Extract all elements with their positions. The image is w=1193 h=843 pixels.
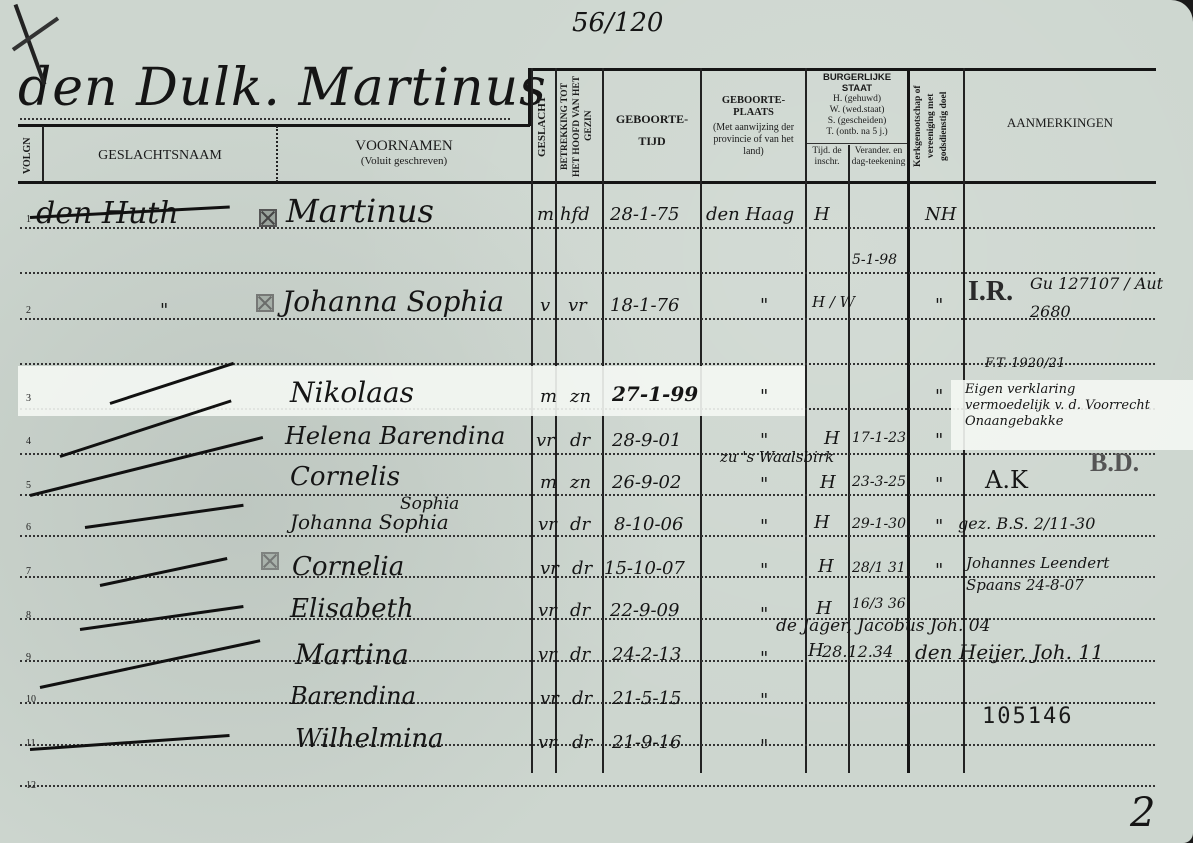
header-top-line-right [528, 68, 1156, 71]
civil-status: H [818, 556, 834, 577]
sex: vr [538, 514, 557, 535]
civil-status: H [814, 204, 830, 225]
col-sep-geboorteplaats [805, 68, 807, 773]
first-names: Johanna Sophia [282, 285, 504, 318]
relation: dr [570, 600, 590, 621]
relation: vr [568, 295, 587, 316]
civil-status-date: 28.12.34 [822, 642, 893, 661]
birth-place: " [760, 474, 768, 495]
page-marker: 2 [1130, 790, 1155, 836]
header-burgerlijke-staat: BURGERLIJKE STAAT H. (gehuwd) W. (wed.st… [807, 72, 907, 138]
birth-date: 24-2-13 [612, 644, 681, 665]
row-number: 6 [26, 522, 31, 533]
birth-date: 21-5-15 [612, 688, 681, 709]
col-sep-geboortetijd [700, 68, 702, 773]
civil-status-date: 23-3-25 [852, 474, 906, 490]
header-kerkgenootschap: Kerkgenootschap of vereeniging met godsd… [912, 72, 960, 180]
civil-status: H [814, 512, 830, 533]
birth-place: " [760, 736, 768, 757]
header-bs-title: BURGERLIJKE STAAT [807, 72, 907, 94]
row-number: 12 [26, 780, 36, 791]
row-number: 2 [26, 305, 31, 316]
first-names: Martina [295, 638, 409, 671]
civil-status: H [824, 428, 840, 449]
header-bs-h: H. (gehuwd) [807, 94, 907, 105]
birth-date: 18-1-76 [610, 295, 679, 316]
header-bs-verander: Verander. en dag-teekening [850, 146, 907, 168]
civil-status-date: 28/1 31 [852, 560, 906, 576]
header-top-line-left [18, 124, 530, 127]
ft-note: F.T. 1920/21 [985, 356, 1065, 371]
first-names: Helena Barendina [285, 422, 505, 450]
sex: vr [540, 688, 559, 709]
first-names: Cornelis [290, 462, 400, 492]
checkbox-marked-icon [256, 294, 274, 312]
header-voornamen-label: VOORNAMEN [278, 138, 530, 155]
birth-place: " [760, 386, 768, 407]
sex: m [540, 472, 557, 493]
sex: vr [540, 558, 559, 579]
row-number: 9 [26, 652, 31, 663]
header-geboorteplaats-line1: GEBOORTE- [702, 95, 805, 107]
civil-status-date: 29-1-30 [852, 516, 906, 532]
civil-status-date: 16/3 36 [852, 596, 906, 612]
church: " [935, 560, 943, 581]
relation: dr [572, 732, 592, 753]
row-number: 10 [26, 694, 36, 705]
church: " [935, 295, 943, 316]
sex: vr [536, 430, 555, 451]
header-bs-w: W. (wed.staat) [807, 105, 907, 116]
row-number: 8 [26, 610, 31, 621]
header-voornamen: VOORNAMEN (Voluit geschreven) [278, 138, 530, 167]
birth-date: 15-10-07 [604, 558, 685, 579]
row-number: 5 [26, 480, 31, 491]
sex: vr [538, 600, 557, 621]
remarks: Johannes Leendert Spaans 24-8-07 [966, 552, 1156, 596]
header-bs-s: S. (gescheiden) [807, 116, 907, 127]
birth-place: " [760, 516, 768, 537]
strikethrough [85, 504, 244, 529]
header-geboortetijd-line1: GEBOORTE- [604, 108, 700, 130]
header-bs-t: T. (ontb. na 5 j.) [807, 127, 907, 138]
header-voornamen-sub: (Voluit geschreven) [278, 155, 530, 167]
birth-date: 8-10-06 [614, 514, 683, 535]
birth-place: " [760, 560, 768, 581]
civil-status: H / W [812, 293, 855, 311]
strikethrough [100, 557, 228, 587]
col-sep-geslacht [555, 68, 557, 773]
civil-status: H [820, 472, 836, 493]
church: " [935, 430, 943, 451]
birth-date: 21-9-16 [612, 732, 681, 753]
birth-place: " [760, 295, 768, 316]
remarks: de Jager, Jacobus Joh. 04 [776, 616, 990, 636]
surname: " [160, 300, 168, 321]
header-geslachtsnaam: GESLACHTSNAAM [44, 148, 276, 164]
relation: hfd [560, 204, 590, 225]
sex: m [540, 386, 557, 407]
corner-cross-mark [8, 2, 68, 72]
header-geboortetijd-line2: TIJD [604, 130, 700, 152]
sex: v [540, 295, 550, 316]
strikethrough [30, 436, 264, 497]
church: " [935, 386, 943, 407]
birth-place: " [760, 604, 768, 625]
birth-date: 27-1-99 [612, 382, 698, 406]
stamp-bd: B.D. [1090, 448, 1139, 478]
strikethrough [40, 639, 261, 689]
sex: vr [538, 732, 557, 753]
church: " [935, 474, 943, 495]
first-names: Nikolaas [290, 376, 414, 409]
header-volgn: VOLGN [22, 132, 38, 180]
first-names: Cornelia [292, 552, 404, 582]
civil-status-date: 5-1-98 [852, 252, 897, 268]
remarks: Eigen verklaring vermoedelijk v. d. Voor… [965, 382, 1160, 430]
first-names: Barendina [290, 682, 416, 710]
first-names: Johanna Sophia [290, 510, 449, 534]
header-geboorteplaats-sub: (Met aanwijzing der provincie of van het… [702, 122, 805, 158]
header-betrekking: BETREKKING TOT HET HOOFD VAN HET GEZIN [559, 72, 599, 180]
church: " [935, 516, 943, 537]
birth-place: den Haag [706, 204, 794, 225]
col-sep-bs-tijd [848, 145, 850, 773]
checkbox-marked-icon [261, 552, 279, 570]
header-geboorteplaats: GEBOORTE- PLAATS (Met aanwijzing der pro… [702, 95, 805, 158]
header-aanmerkingen: AANMERKINGEN [965, 115, 1155, 131]
header-geboortetijd: GEBOORTE- TIJD [604, 108, 700, 152]
church: NH [925, 204, 956, 225]
remarks: den Heijer, Joh. 11 [915, 640, 1104, 664]
relation: dr [572, 688, 592, 709]
first-names: Elisabeth [290, 594, 414, 624]
col-sep-burgerlijke-staat [907, 68, 910, 773]
col-sep-betrekking [602, 68, 604, 773]
relation: zn [570, 472, 591, 493]
sex: m [537, 204, 554, 225]
header-name-line [20, 118, 510, 120]
relation: dr [572, 558, 592, 579]
relation: dr [570, 644, 590, 665]
header-geboorteplaats-line2: PLAATS [702, 107, 805, 119]
family-register-card: den Dulk. Martinus 56/120 VOLGN GESLACHT… [0, 0, 1193, 843]
header-bs-tijd: Tijd. de inschr. [807, 146, 847, 168]
birth-place: " [760, 690, 768, 711]
header-family-name: den Dulk. Martinus [18, 58, 547, 118]
relation: dr [570, 514, 590, 535]
relation: zn [570, 386, 591, 407]
stamp-ir: I.R. [968, 276, 1013, 308]
civil-status-date: 17-1-23 [852, 430, 906, 446]
row-number: 4 [26, 436, 31, 447]
header-bottom-line [18, 181, 1156, 184]
card-number: 56/120 [572, 8, 663, 38]
first-names: Wilhelmina [295, 724, 444, 754]
col-sep-voornamen [531, 68, 533, 773]
bs-subdivider [807, 143, 907, 144]
remarks: gez. B.S. 2/11-30 [958, 514, 1095, 533]
row-number: 7 [26, 566, 31, 577]
birth-date: 26-9-02 [612, 472, 681, 493]
first-names: Martinus [286, 192, 434, 230]
birth-date: 28-1-75 [610, 204, 679, 225]
sex: vr [538, 644, 557, 665]
remarks: Gu 127107 / Aut 2680 [1030, 270, 1190, 326]
archive-number: 105146 [982, 704, 1073, 729]
strikethrough [30, 734, 230, 751]
birth-date: 22-9-09 [610, 600, 679, 621]
header-geslacht: GESLACHT [536, 74, 552, 178]
birth-place: " [760, 648, 768, 669]
relation: dr [570, 430, 590, 451]
row-number: 3 [26, 393, 31, 404]
birth-date: 28-9-01 [612, 430, 681, 451]
moved-place-note: zu 's Waalsbirk [720, 448, 834, 466]
remarks: A.K [985, 466, 1028, 494]
checkbox-marked-icon [259, 209, 277, 227]
